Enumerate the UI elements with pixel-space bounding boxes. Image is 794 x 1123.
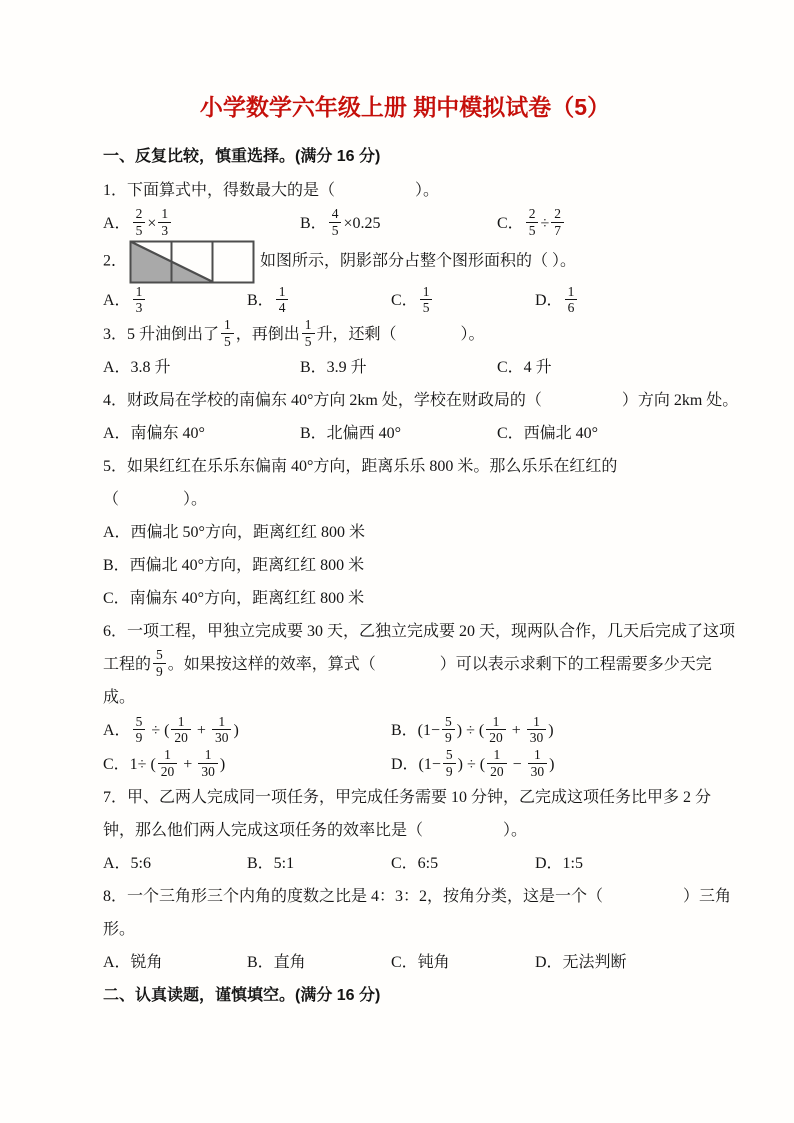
question-8: 8．一个三角形三个内角的度数之比是 4：3：2，按角分类，这是一个（ ）三角 形… <box>103 880 707 979</box>
fraction: 130 <box>198 747 218 779</box>
question-2-option-a: A．13 <box>103 284 247 317</box>
question-6: 6．一项工程，甲独立完成要 30 天，乙独立完成要 20 天，现两队合作，几天后… <box>103 615 707 781</box>
question-7-options: A．5:6B．5:1C．6:5D．1:5 <box>103 847 707 880</box>
fraction: 27 <box>551 206 564 238</box>
question-2-option-d: D．16 <box>535 284 679 317</box>
question-4-stem: 4．财政局在学校的南偏东 40°方向 2km 处，学校在财政局的（ ）方向 2k… <box>103 384 707 417</box>
question-5-option-c: C．南偏东 40°方向，距离红红 800 米 <box>103 582 707 615</box>
question-2-option-b: B．14 <box>247 284 391 317</box>
three-squares-shaded-triangle-figure <box>129 240 255 284</box>
question-8-option-d: D．无法判断 <box>535 946 679 979</box>
question-1-option-a: A．25×13 <box>103 207 300 240</box>
question-6-option-d: D．(1−59) ÷ (120 − 130) <box>391 748 679 781</box>
question-4-options: A．南偏东 40°B．北偏西 40°C．西偏北 40° <box>103 417 707 450</box>
question-6-stem-line-2: 工程的59。如果按这样的效率，算式（ ）可以表示求剩下的工程需要多少天完 <box>103 648 707 681</box>
question-7-option-c: C．6:5 <box>391 847 535 880</box>
question-1-stem: 1．下面算式中，得数最大的是（ ）。 <box>103 174 707 207</box>
question-3: 3．5 升油倒出了15，再倒出15升，还剩（ ）。 A．3.8 升B．3.9 升… <box>103 318 707 384</box>
question-1-option-b: B．45×0.25 <box>300 207 497 240</box>
question-2-number: 2． <box>103 253 127 270</box>
question-8-stem-line-2: 形。 <box>103 913 707 946</box>
question-8-option-a: A．锐角 <box>103 946 247 979</box>
question-7-stem-line-1: 7．甲、乙两人完成同一项任务，甲完成任务需要 10 分钟，乙完成这项任务比甲多 … <box>103 781 707 814</box>
question-5-option-b: B．西偏北 40°方向，距离红红 800 米 <box>103 549 707 582</box>
question-3-option-c: C．4 升 <box>497 351 694 384</box>
question-5-option-a: A．西偏北 50°方向，距离红红 800 米 <box>103 516 707 549</box>
question-7-option-a: A．5:6 <box>103 847 247 880</box>
question-7-stem-line-2: 钟，那么他们两人完成这项任务的效率比是（ ）。 <box>103 814 707 847</box>
question-7-option-d: D．1:5 <box>535 847 679 880</box>
fraction: 25 <box>133 206 146 238</box>
exam-page: 小学数学六年级上册 期中模拟试卷（5） 一、反复比较，慎重选择。(满分 16 分… <box>0 0 794 1013</box>
fraction: 13 <box>158 206 171 238</box>
fraction: 59 <box>442 714 455 746</box>
fraction: 45 <box>329 206 342 238</box>
square-3 <box>213 242 254 283</box>
question-6-option-a: A．59 ÷ (120 + 130) <box>103 714 391 747</box>
fraction: 15 <box>221 317 234 349</box>
fraction: 25 <box>526 206 539 238</box>
question-2-options: A．13B．14C．15D．16 <box>103 284 707 317</box>
question-4: 4．财政局在学校的南偏东 40°方向 2km 处，学校在财政局的（ ）方向 2k… <box>103 384 707 450</box>
fraction: 59 <box>133 714 146 746</box>
fraction: 130 <box>212 714 232 746</box>
fraction: 120 <box>487 747 507 779</box>
question-8-option-b: B．直角 <box>247 946 391 979</box>
question-6-option-c: C．1÷ (120 + 130) <box>103 748 391 781</box>
fraction: 130 <box>528 747 548 779</box>
question-4-option-c: C．西偏北 40° <box>497 417 694 450</box>
question-1-options: A．25×13B．45×0.25C．25÷27 <box>103 207 707 240</box>
question-5-stem-line-2: （ ）。 <box>103 483 707 516</box>
question-6-stem-line-1: 6．一项工程，甲独立完成要 30 天，乙独立完成要 20 天，现两队合作，几天后… <box>103 615 707 648</box>
question-3-option-a: A．3.8 升 <box>103 351 300 384</box>
fraction: 120 <box>171 714 191 746</box>
question-5-options: A．西偏北 50°方向，距离红红 800 米B．西偏北 40°方向，距离红红 8… <box>103 516 707 615</box>
question-5: 5．如果红红在乐乐东偏南 40°方向，距离乐乐 800 米。那么乐乐在红红的 （… <box>103 450 707 615</box>
page-title: 小学数学六年级上册 期中模拟试卷（5） <box>103 90 707 124</box>
question-6-options: A．59 ÷ (120 + 130)B．(1−59) ÷ (120 + 130)… <box>103 714 707 781</box>
question-3-option-b: B．3.9 升 <box>300 351 497 384</box>
question-4-option-a: A．南偏东 40° <box>103 417 300 450</box>
fraction: 120 <box>486 714 506 746</box>
question-2: 2． 如图所示，阴影部分占整个图形面积的（ ）。 A．13B．14C．15D．1… <box>103 240 707 317</box>
fraction: 15 <box>302 317 315 349</box>
question-7: 7．甲、乙两人完成同一项任务，甲完成任务需要 10 分钟，乙完成这项任务比甲多 … <box>103 781 707 880</box>
question-8-stem-line-1: 8．一个三角形三个内角的度数之比是 4：3：2，按角分类，这是一个（ ）三角 <box>103 880 707 913</box>
question-3-stem: 3．5 升油倒出了15，再倒出15升，还剩（ ）。 <box>103 318 707 351</box>
question-6-stem-line-3: 成。 <box>103 681 707 714</box>
fraction: 130 <box>527 714 547 746</box>
fraction: 59 <box>153 647 166 679</box>
fraction: 120 <box>158 747 178 779</box>
question-2-stem: 2． 如图所示，阴影部分占整个图形面积的（ ）。 <box>103 240 707 284</box>
fraction: 14 <box>276 284 289 316</box>
question-4-option-b: B．北偏西 40° <box>300 417 497 450</box>
fraction: 15 <box>420 284 433 316</box>
section-2-heading: 二、认真读题，谨慎填空。(满分 16 分) <box>103 979 707 1013</box>
question-1: 1．下面算式中，得数最大的是（ ）。 A．25×13B．45×0.25C．25÷… <box>103 174 707 240</box>
question-5-stem-line-1: 5．如果红红在乐乐东偏南 40°方向，距离乐乐 800 米。那么乐乐在红红的 <box>103 450 707 483</box>
question-1-option-c: C．25÷27 <box>497 207 694 240</box>
fraction: 59 <box>443 747 456 779</box>
question-6-option-b: B．(1−59) ÷ (120 + 130) <box>391 714 679 747</box>
question-2-text: 如图所示，阴影部分占整个图形面积的（ ）。 <box>260 253 576 270</box>
fraction: 13 <box>133 284 146 316</box>
question-3-options: A．3.8 升B．3.9 升C．4 升 <box>103 351 707 384</box>
question-8-options: A．锐角B．直角C．钝角D．无法判断 <box>103 946 707 979</box>
section-1-heading: 一、反复比较，慎重选择。(满分 16 分) <box>103 140 707 174</box>
question-8-option-c: C．钝角 <box>391 946 535 979</box>
question-7-option-b: B．5:1 <box>247 847 391 880</box>
question-2-option-c: C．15 <box>391 284 535 317</box>
fraction: 16 <box>565 284 578 316</box>
